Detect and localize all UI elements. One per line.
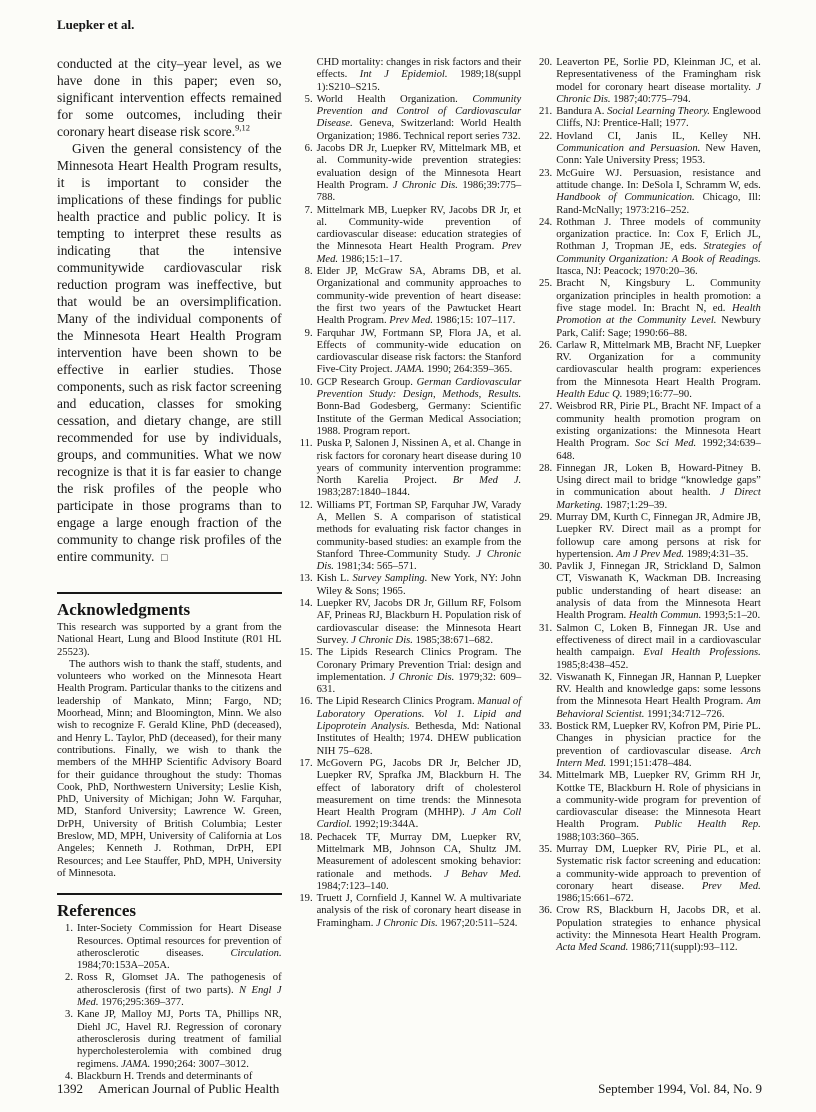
reference-text: Bracht N, Kingsbury L. Community organiz…: [556, 278, 761, 339]
reference-number: 20.: [536, 57, 556, 106]
reference-number: 11.: [297, 438, 317, 499]
references-heading: References: [57, 901, 282, 920]
running-head: Luepker et al.: [57, 17, 134, 33]
reference-text: Jacobs DR Jr, Luepker RV, Mittelmark MB,…: [317, 143, 522, 204]
article-paragraph-2: Given the general consistency of the Min…: [57, 140, 282, 567]
reference-number: 36.: [536, 905, 556, 954]
journal-page: Luepker et al. conducted at the city–yea…: [0, 0, 816, 1112]
reference-text: Crow RS, Blackburn H, Jacobs DR, et al. …: [556, 905, 761, 954]
reference-number: 3.: [57, 1009, 77, 1070]
reference-text: Salmon C, Loken B, Finnegan JR. Use and …: [556, 623, 761, 672]
reference-text: Kish L. Survey Sampling. New York, NY: J…: [317, 573, 522, 598]
reference-text: Murray DM, Kurth C, Finnegan JR, Admire …: [556, 512, 761, 561]
acknowledgments-paragraph-1: This research was supported by a grant f…: [57, 622, 282, 659]
reference-text: Puska P, Salonen J, Nissinen A, et al. C…: [317, 438, 522, 499]
reference-item: 29.Murray DM, Kurth C, Finnegan JR, Admi…: [536, 512, 761, 561]
reference-item: 35.Murray DM, Luepker RV, Pirie PL, et a…: [536, 844, 761, 905]
reference-text: Elder JP, McGraw SA, Abrams DB, et al. O…: [317, 266, 522, 327]
footer-left: 1392 American Journal of Public Health: [57, 1081, 279, 1096]
column-1: conducted at the city–year level, as we …: [57, 55, 282, 1083]
reference-text: Carlaw R, Mittelmark MB, Bracht NF, Luep…: [556, 340, 761, 401]
reference-text: Murray DM, Luepker RV, Pirie PL, et al. …: [556, 844, 761, 905]
reference-item: 16.The Lipid Research Clinics Program. M…: [297, 696, 522, 757]
reference-item: 19.Truett J, Cornfield J, Kannel W. A mu…: [297, 893, 522, 930]
reference-text: Ross R, Glomset JA. The pathogenesis of …: [77, 972, 282, 1009]
end-of-article-mark: □: [161, 552, 168, 564]
page-columns: conducted at the city–year level, as we …: [57, 55, 761, 1083]
reference-text: Rothman J. Three models of community org…: [556, 217, 761, 278]
reference-number: 17.: [297, 758, 317, 832]
reference-item: 25.Bracht N, Kingsbury L. Community orga…: [536, 278, 761, 339]
reference-number: 13.: [297, 573, 317, 598]
reference-text: McGovern PG, Jacobs DR Jr, Belcher JD, L…: [317, 758, 522, 832]
reference-list-column-3: 20.Leaverton PE, Sorlie PD, Kleinman JC,…: [536, 57, 761, 955]
column-3: 20.Leaverton PE, Sorlie PD, Kleinman JC,…: [536, 55, 761, 1083]
page-footer: 1392 American Journal of Public Health S…: [57, 1081, 762, 1096]
reference-item: 23.McGuire WJ. Persuasion, resistance an…: [536, 168, 761, 217]
reference-text: Weisbrod RR, Pirie PL, Bracht NF. Impact…: [556, 401, 761, 462]
reference-text: The Lipid Research Clinics Program. Manu…: [317, 696, 522, 757]
reference-item: 15.The Lipids Research Clinics Program. …: [297, 647, 522, 696]
reference-item: 24.Rothman J. Three models of community …: [536, 217, 761, 278]
reference-text: Hovland CI, Janis IL, Kelley NH. Communi…: [556, 131, 761, 168]
reference-text: Bostick RM, Luepker RV, Kofron PM, Pirie…: [556, 721, 761, 770]
article-paragraph-2-text: Given the general consistency of the Min…: [57, 141, 282, 564]
reference-list-column-2: CHD mortality: changes in risk factors a…: [297, 57, 522, 930]
reference-number: 31.: [536, 623, 556, 672]
reference-number: 29.: [536, 512, 556, 561]
reference-item: 6.Jacobs DR Jr, Luepker RV, Mittelmark M…: [297, 143, 522, 204]
footer-page-number: 1392: [57, 1081, 83, 1096]
reference-text: Finnegan JR, Loken B, Howard-Pitney B. U…: [556, 463, 761, 512]
reference-number: 24.: [536, 217, 556, 278]
reference-number: 35.: [536, 844, 556, 905]
reference-number: 19.: [297, 893, 317, 930]
reference-number: 34.: [536, 770, 556, 844]
reference-item: 36.Crow RS, Blackburn H, Jacobs DR, et a…: [536, 905, 761, 954]
reference-number: 23.: [536, 168, 556, 217]
reference-text: Viswanath K, Finnegan JR, Hannan P, Luep…: [556, 672, 761, 721]
acknowledgments-paragraph-2: The authors wish to thank the staff, stu…: [57, 659, 282, 880]
reference-number: 18.: [297, 832, 317, 893]
reference-text: Williams PT, Fortman SP, Farquhar JW, Va…: [317, 500, 522, 574]
reference-text: Bandura A. Social Learning Theory. Engle…: [556, 106, 761, 131]
reference-number: 5.: [297, 94, 317, 143]
reference-number: 10.: [297, 377, 317, 438]
acknowledgments-rule: [57, 592, 282, 594]
reference-number: 9.: [297, 328, 317, 377]
reference-number: 2.: [57, 972, 77, 1009]
reference-text: Mittelmark MB, Luepker RV, Jacobs DR Jr,…: [317, 205, 522, 266]
reference-number: [297, 57, 317, 94]
reference-item: 8.Elder JP, McGraw SA, Abrams DB, et al.…: [297, 266, 522, 327]
reference-item: 18.Pechacek TF, Murray DM, Luepker RV, M…: [297, 832, 522, 893]
reference-item: 9.Farquhar JW, Fortmann SP, Flora JA, et…: [297, 328, 522, 377]
footer-issue-info: September 1994, Vol. 84, No. 9: [598, 1081, 762, 1096]
references-rule: [57, 893, 282, 895]
reference-number: 7.: [297, 205, 317, 266]
reference-item: 17.McGovern PG, Jacobs DR Jr, Belcher JD…: [297, 758, 522, 832]
reference-item: 10.GCP Research Group. German Cardiovasc…: [297, 377, 522, 438]
reference-item: 32.Viswanath K, Finnegan JR, Hannan P, L…: [536, 672, 761, 721]
reference-number: 30.: [536, 561, 556, 622]
reference-text: Pechacek TF, Murray DM, Luepker RV, Mitt…: [317, 832, 522, 893]
reference-number: 26.: [536, 340, 556, 401]
reference-text: Pavlik J, Finnegan JR, Strickland D, Sal…: [556, 561, 761, 622]
reference-item: 2.Ross R, Glomset JA. The pathogenesis o…: [57, 972, 282, 1009]
reference-item: 33.Bostick RM, Luepker RV, Kofron PM, Pi…: [536, 721, 761, 770]
reference-item: 13.Kish L. Survey Sampling. New York, NY…: [297, 573, 522, 598]
reference-text: Truett J, Cornfield J, Kannel W. A multi…: [317, 893, 522, 930]
reference-item: 12.Williams PT, Fortman SP, Farquhar JW,…: [297, 500, 522, 574]
reference-text: World Health Organization. Community Pre…: [317, 94, 522, 143]
reference-item: 7.Mittelmark MB, Luepker RV, Jacobs DR J…: [297, 205, 522, 266]
citation-superscript: 9,12: [235, 123, 250, 133]
reference-text: McGuire WJ. Persuasion, resistance and a…: [556, 168, 761, 217]
reference-text: The Lipids Research Clinics Program. The…: [317, 647, 522, 696]
column-2: CHD mortality: changes in risk factors a…: [297, 55, 522, 1083]
acknowledgments-heading: Acknowledgments: [57, 600, 282, 619]
reference-text: Leaverton PE, Sorlie PD, Kleinman JC, et…: [556, 57, 761, 106]
reference-text: Mittelmark MB, Luepker RV, Grimm RH Jr, …: [556, 770, 761, 844]
reference-number: 33.: [536, 721, 556, 770]
reference-item: 28.Finnegan JR, Loken B, Howard-Pitney B…: [536, 463, 761, 512]
reference-number: 27.: [536, 401, 556, 462]
reference-number: 8.: [297, 266, 317, 327]
reference-continuation: CHD mortality: changes in risk factors a…: [297, 57, 522, 94]
reference-number: 28.: [536, 463, 556, 512]
reference-item: 31.Salmon C, Loken B, Finnegan JR. Use a…: [536, 623, 761, 672]
footer-journal-name: American Journal of Public Health: [98, 1081, 279, 1096]
reference-number: 22.: [536, 131, 556, 168]
reference-text: Luepker RV, Jacobs DR Jr, Gillum RF, Fol…: [317, 598, 522, 647]
reference-item: 14.Luepker RV, Jacobs DR Jr, Gillum RF, …: [297, 598, 522, 647]
reference-text: Farquhar JW, Fortmann SP, Flora JA, et a…: [317, 328, 522, 377]
reference-item: 3.Kane JP, Malloy MJ, Ports TA, Phillips…: [57, 1009, 282, 1070]
reference-number: 6.: [297, 143, 317, 204]
reference-number: 14.: [297, 598, 317, 647]
reference-text: Inter-Society Commission for Heart Disea…: [77, 923, 282, 972]
reference-item: 27.Weisbrod RR, Pirie PL, Bracht NF. Imp…: [536, 401, 761, 462]
reference-number: 12.: [297, 500, 317, 574]
reference-item: 30.Pavlik J, Finnegan JR, Strickland D, …: [536, 561, 761, 622]
reference-item: 26.Carlaw R, Mittelmark MB, Bracht NF, L…: [536, 340, 761, 401]
reference-text: CHD mortality: changes in risk factors a…: [317, 57, 522, 94]
reference-item: 22.Hovland CI, Janis IL, Kelley NH. Comm…: [536, 131, 761, 168]
reference-item: 34.Mittelmark MB, Luepker RV, Grimm RH J…: [536, 770, 761, 844]
reference-number: 32.: [536, 672, 556, 721]
reference-item: 21.Bandura A. Social Learning Theory. En…: [536, 106, 761, 131]
reference-text: Kane JP, Malloy MJ, Ports TA, Phillips N…: [77, 1009, 282, 1070]
reference-number: 21.: [536, 106, 556, 131]
reference-item: 20.Leaverton PE, Sorlie PD, Kleinman JC,…: [536, 57, 761, 106]
reference-item: 5.World Health Organization. Community P…: [297, 94, 522, 143]
reference-number: 1.: [57, 923, 77, 972]
reference-text: GCP Research Group. German Cardiovascula…: [317, 377, 522, 438]
article-paragraph-1: conducted at the city–year level, as we …: [57, 55, 282, 140]
reference-number: 16.: [297, 696, 317, 757]
reference-list-column-1: 1.Inter-Society Commission for Heart Dis…: [57, 923, 282, 1083]
reference-number: 25.: [536, 278, 556, 339]
reference-item: 1.Inter-Society Commission for Heart Dis…: [57, 923, 282, 972]
reference-number: 15.: [297, 647, 317, 696]
reference-item: 11.Puska P, Salonen J, Nissinen A, et al…: [297, 438, 522, 499]
